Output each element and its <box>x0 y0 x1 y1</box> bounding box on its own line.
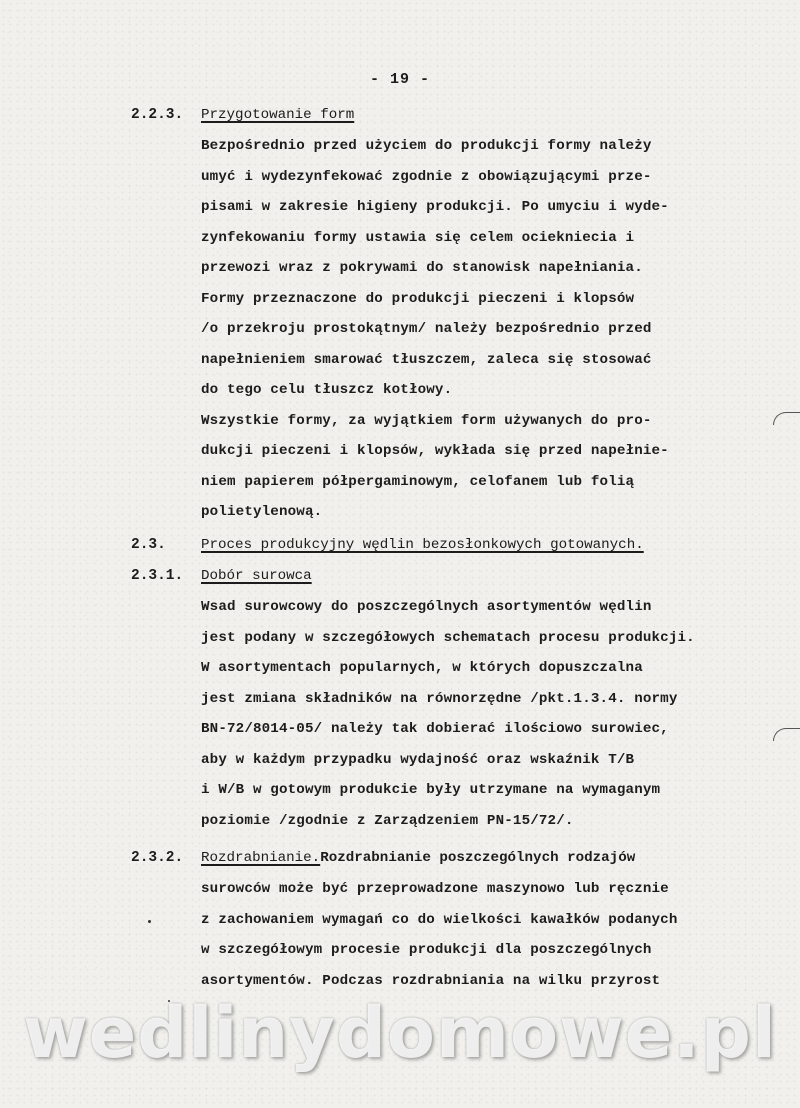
section-heading: Rozdrabnianie.Rozdrabnianie poszczególny… <box>201 849 635 867</box>
section-number: 2.2.3. <box>131 106 183 124</box>
margin-fold-mark <box>773 412 800 425</box>
text-line: polietylenową. <box>201 503 322 521</box>
text-line: do tego celu tłuszcz kotłowy. <box>201 381 452 399</box>
section-number: 2.3.1. <box>131 567 183 585</box>
section-text: Rozdrabnianie poszczególnych rodzajów <box>320 850 635 866</box>
text-line: W asortymentach popularnych, w których d… <box>201 659 643 677</box>
text-line: pisami w zakresie higieny produkcji. Po … <box>201 198 669 216</box>
text-line: przewozi wraz z pokrywami do stanowisk n… <box>201 259 643 277</box>
text-line: niem papierem półpergaminowym, celofanem… <box>201 473 634 491</box>
section-title: Przygotowanie form <box>201 107 354 123</box>
text-line: Formy przeznaczone do produkcji pieczeni… <box>201 290 634 308</box>
margin-fold-mark <box>773 728 800 741</box>
text-line: jest zmiana składników na równorzędne /p… <box>201 690 678 708</box>
text-line: jest podany w szczegółowych schematach p… <box>201 629 695 647</box>
section-title: Proces produkcyjny wędlin bezosłonkowych… <box>201 537 644 553</box>
section-number: 2.3. <box>131 536 166 554</box>
text-line: asortymentów. Podczas rozdrabniania na w… <box>201 972 660 990</box>
text-line: napełnieniem smarować tłuszczem, zaleca … <box>201 351 652 369</box>
section-title: Rozdrabnianie. <box>201 850 320 866</box>
text-line: z zachowaniem wymagań co do wielkości ka… <box>201 911 678 929</box>
paper-speck <box>148 920 151 923</box>
text-line: umyć i wydezynfekować zgodnie z obowiązu… <box>201 168 652 186</box>
text-line: Bezpośrednio przed użyciem do produkcji … <box>201 137 652 155</box>
text-line: Wszystkie formy, za wyjątkiem form używa… <box>201 412 652 430</box>
section-heading: Przygotowanie form <box>201 106 354 124</box>
section-title: Dobór surowca <box>201 568 312 584</box>
text-line: BN-72/8014-05/ należy tak dobierać ilośc… <box>201 720 669 738</box>
page-number: - 19 - <box>0 71 800 88</box>
text-line: w szczegółowym procesie produkcji dla po… <box>201 941 652 959</box>
text-line: i W/B w gotowym produkcie były utrzymane… <box>201 781 660 799</box>
text-line: zynfekowaniu formy ustawia się celem oci… <box>201 229 634 247</box>
watermark: wedlinydomowe.pl <box>0 992 800 1074</box>
text-line: dukcji pieczeni i klopsów, wykłada się p… <box>201 442 669 460</box>
section-heading: Proces produkcyjny wędlin bezosłonkowych… <box>201 536 644 554</box>
section-number: 2.3.2. <box>131 849 183 867</box>
text-line: poziomie /zgodnie z Zarządzeniem PN-15/7… <box>201 812 574 830</box>
section-heading: Dobór surowca <box>201 567 312 585</box>
text-line: surowców może być przeprowadzone maszyno… <box>201 880 669 898</box>
text-line: aby w każdym przypadku wydajność oraz ws… <box>201 751 634 769</box>
text-line: /o przekroju prostokątnym/ należy bezpoś… <box>201 320 652 338</box>
text-line: Wsad surowcowy do poszczególnych asortym… <box>201 598 652 616</box>
